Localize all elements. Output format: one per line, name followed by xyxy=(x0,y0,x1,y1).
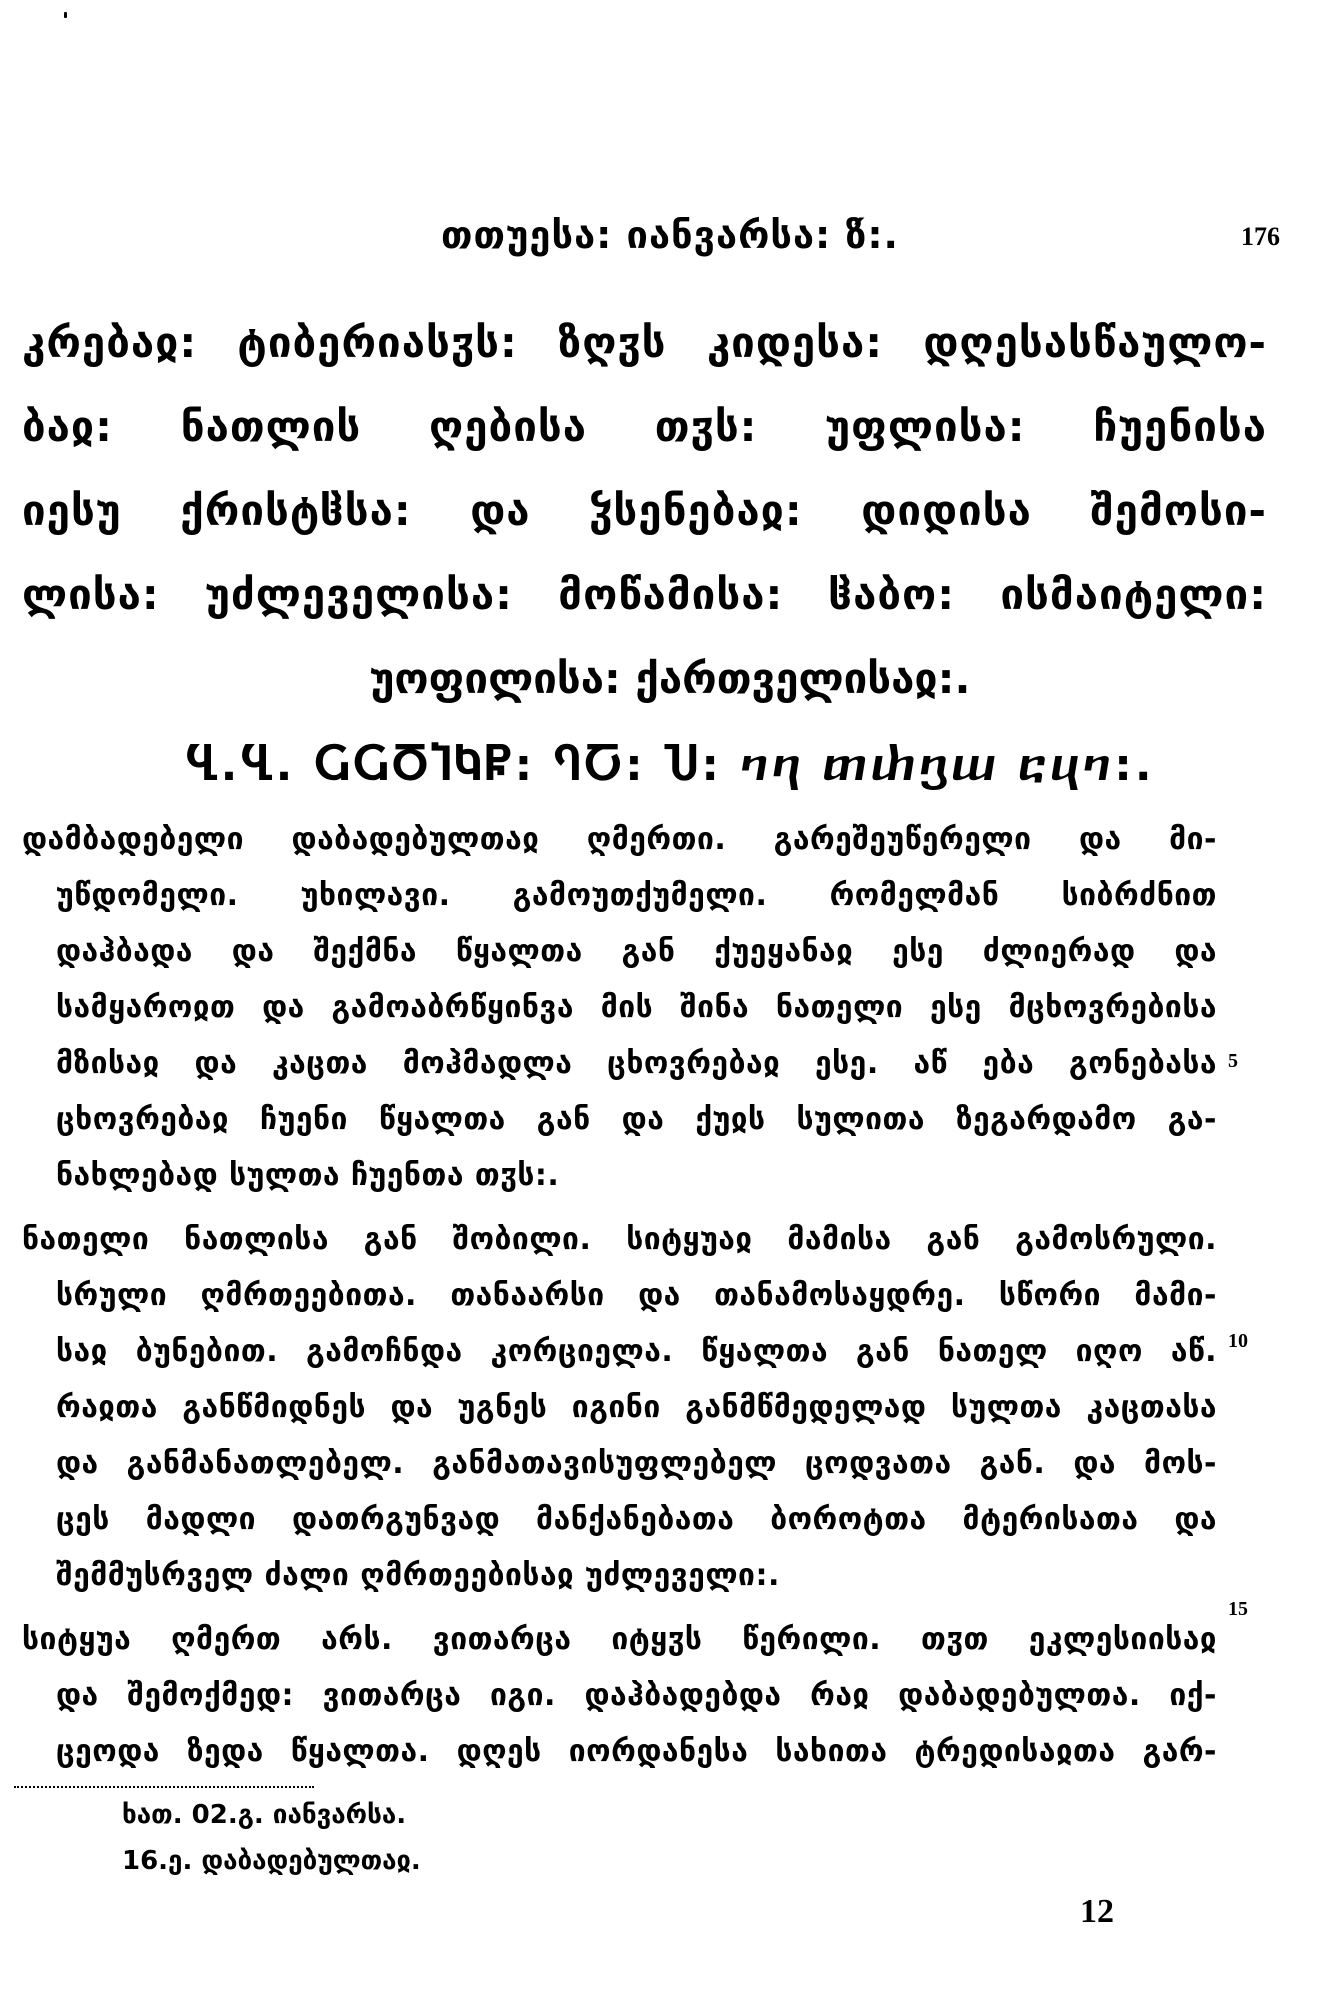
body-line: შემმუსრველ ძალი ღმრთეებისაჲ უძლეველი:. xyxy=(56,1558,1217,1593)
margin-line-number: 5 xyxy=(1228,1050,1238,1073)
body-line: სრული ღმრთეებითა. თანაარსი და თანამოსაყდ… xyxy=(56,1278,1217,1313)
intro-line: ლისა: უძლეველისა: მოწამისა: ჱაბო: ისმაიტ… xyxy=(22,570,1267,619)
body-line: და შემოქმედ: ვითარცა იგი. დაჰბადებდა რაჲ… xyxy=(56,1678,1217,1713)
body-line: დაჰბადა და შექმნა წყალთა გან ქუეყანაჲ ეს… xyxy=(56,934,1217,969)
body-line: ცეოდა ზედა წყალთა. დღეს იორდანესა სახითა… xyxy=(56,1734,1217,1769)
body-line: ცეს მადლი დათრგუნვად მანქანებათა ბოროტთა… xyxy=(56,1502,1217,1537)
body-line: ცხოვრებაჲ ჩუენი წყალთა გან და ქუჲს სულით… xyxy=(56,1102,1217,1137)
page-number-bottom: 12 xyxy=(1080,1893,1114,1931)
footnote-divider xyxy=(14,1786,314,1788)
body-line: ნათელი ნათლისა გან შობილი. სიტყუაჲ მამის… xyxy=(22,1222,1217,1257)
intro-line: კრებაჲ: ტიბერიასჳს: ზღჳს კიდესა: დღესასწ… xyxy=(22,318,1267,367)
intro-center-line: უოფილისა: ქართველისაჲ:. xyxy=(0,654,1340,703)
body-line: ნახლებად სულთა ჩუენთა თჳს:. xyxy=(56,1158,1217,1193)
body-line: მზისაჲ და კაცთა მოჰმადლა ცხოვრებაჲ ესე. … xyxy=(56,1046,1217,1081)
scan-speck xyxy=(64,12,67,18)
intro-line: იესუ ქრისტჱსა: და ჴსენებაჲ: დიდისა შემოს… xyxy=(22,486,1267,535)
intro-line: ბაჲ: ნათლის ღებისა თჳს: უფლისა: ჩუენისა xyxy=(22,402,1267,451)
footnote: ხათ. 02.გ. იანვარსა. xyxy=(122,1800,406,1830)
running-head: თთუესა: იანვარსა: ზ́:. xyxy=(0,213,1340,257)
body-line: დამბადებელი დაბადებულთაჲ ღმერთი. გარეშეუ… xyxy=(22,822,1217,857)
body-line: უწდომელი. უხილავი. გამოუთქუმელი. რომელმა… xyxy=(56,878,1217,913)
margin-line-number: 15 xyxy=(1228,1598,1248,1621)
page-number-top: 176 xyxy=(1241,222,1280,252)
body-line: საჲ ბუნებით. გამოჩნდა კორციელა. წყალთა გ… xyxy=(56,1334,1217,1369)
margin-line-number: 10 xyxy=(1228,1330,1248,1353)
body-line: სამყაროჲთ და გამოაბრწყინვა მის შინა ნათე… xyxy=(56,990,1217,1025)
section-heading: Ⴁ.Ⴁ. ႺႺႣႨႩႼ: ႤႠ: Ⴎ: ⴈⴄ ⴇⴐⴂⴍ ⴀⴗⴈ:. xyxy=(0,740,1340,791)
body-line: სიტყუა ღმერთ არს. ვითარცა იტყჳს წერილი. … xyxy=(22,1622,1217,1657)
footnote: 16.ე. დაბადებულთაჲ. xyxy=(122,1846,421,1876)
body-line: რაჲთა განწმიდნეს და უგნეს იგინი განმწმედ… xyxy=(56,1390,1217,1425)
body-line: და განმანათლებელ. განმათავისუფლებელ ცოდვ… xyxy=(56,1446,1217,1481)
